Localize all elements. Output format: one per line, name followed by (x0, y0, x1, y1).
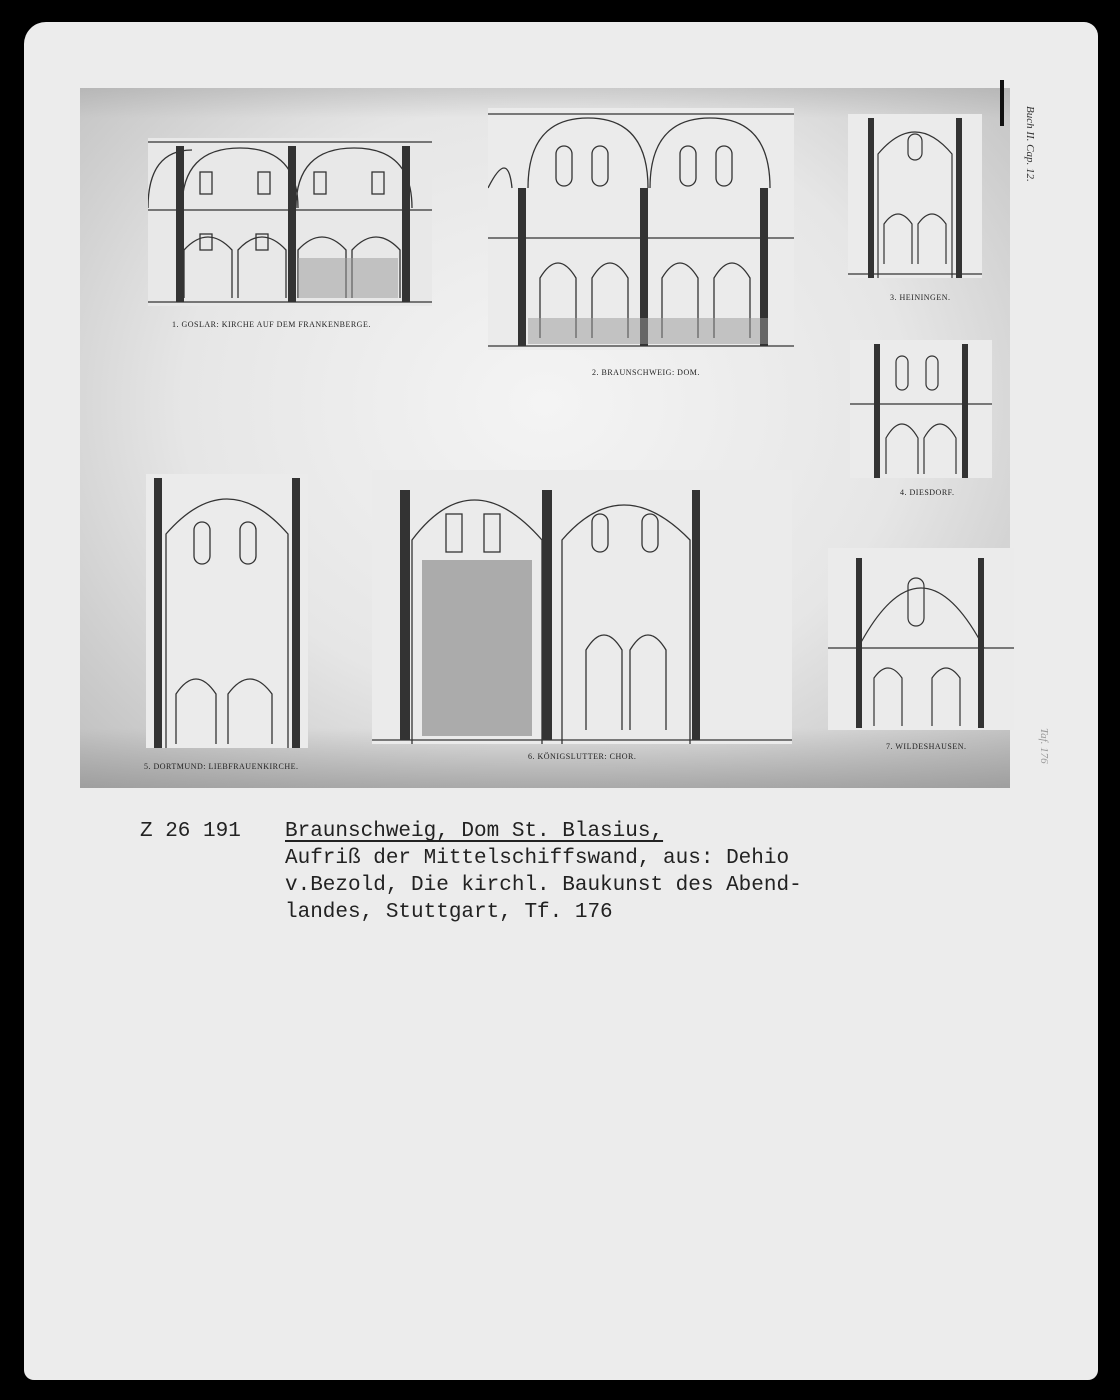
church-elevation-drawing (850, 340, 992, 478)
edge-marker (1000, 80, 1004, 126)
description-line-2: Aufriß der Mittelschiffswand, aus: Dehio (285, 845, 802, 872)
plate-section-label: Buch II. Cap. 12. (1024, 106, 1036, 182)
description-line-4: landes, Stuttgart, Tf. 176 (285, 899, 802, 926)
figure-heiningen-elevation (848, 114, 982, 278)
figure-koenigslutter-elevation (372, 470, 792, 744)
figure-dortmund-elevation (146, 474, 308, 748)
church-elevation-drawing (488, 108, 794, 350)
caption-figure-7: 7. Wildeshausen. (886, 742, 967, 751)
engraving-plate: 1. Goslar: Kirche auf dem Frankenberge. … (80, 88, 1010, 788)
figure-goslar-elevation (148, 138, 432, 306)
caption-figure-6: 6. Königslutter: Chor. (528, 752, 636, 761)
caption-figure-5: 5. Dortmund: Liebfrauenkirche. (144, 762, 299, 771)
figure-diesdorf-elevation (850, 340, 992, 478)
church-elevation-drawing (828, 548, 1014, 730)
church-elevation-drawing (848, 114, 982, 278)
figure-braunschweig-elevation (488, 108, 794, 350)
archive-reference: Z 26 191 (140, 818, 241, 845)
caption-figure-1: 1. Goslar: Kirche auf dem Frankenberge. (172, 320, 371, 329)
caption-figure-2: 2. Braunschweig: Dom. (592, 368, 700, 377)
plate-number-label: Taf. 176 (1038, 728, 1050, 764)
caption-figure-4: 4. Diesdorf. (900, 488, 954, 497)
church-elevation-drawing (148, 138, 432, 306)
church-elevation-drawing (372, 470, 792, 744)
description-title: Braunschweig, Dom St. Blasius, (285, 818, 802, 845)
caption-figure-3: 3. Heiningen. (890, 293, 951, 302)
archive-description: Braunschweig, Dom St. Blasius, Aufriß de… (285, 818, 802, 926)
church-elevation-drawing (146, 474, 308, 748)
figure-wildeshausen-elevation (828, 548, 1014, 730)
description-line-3: v.Bezold, Die kirchl. Baukunst des Abend… (285, 872, 802, 899)
